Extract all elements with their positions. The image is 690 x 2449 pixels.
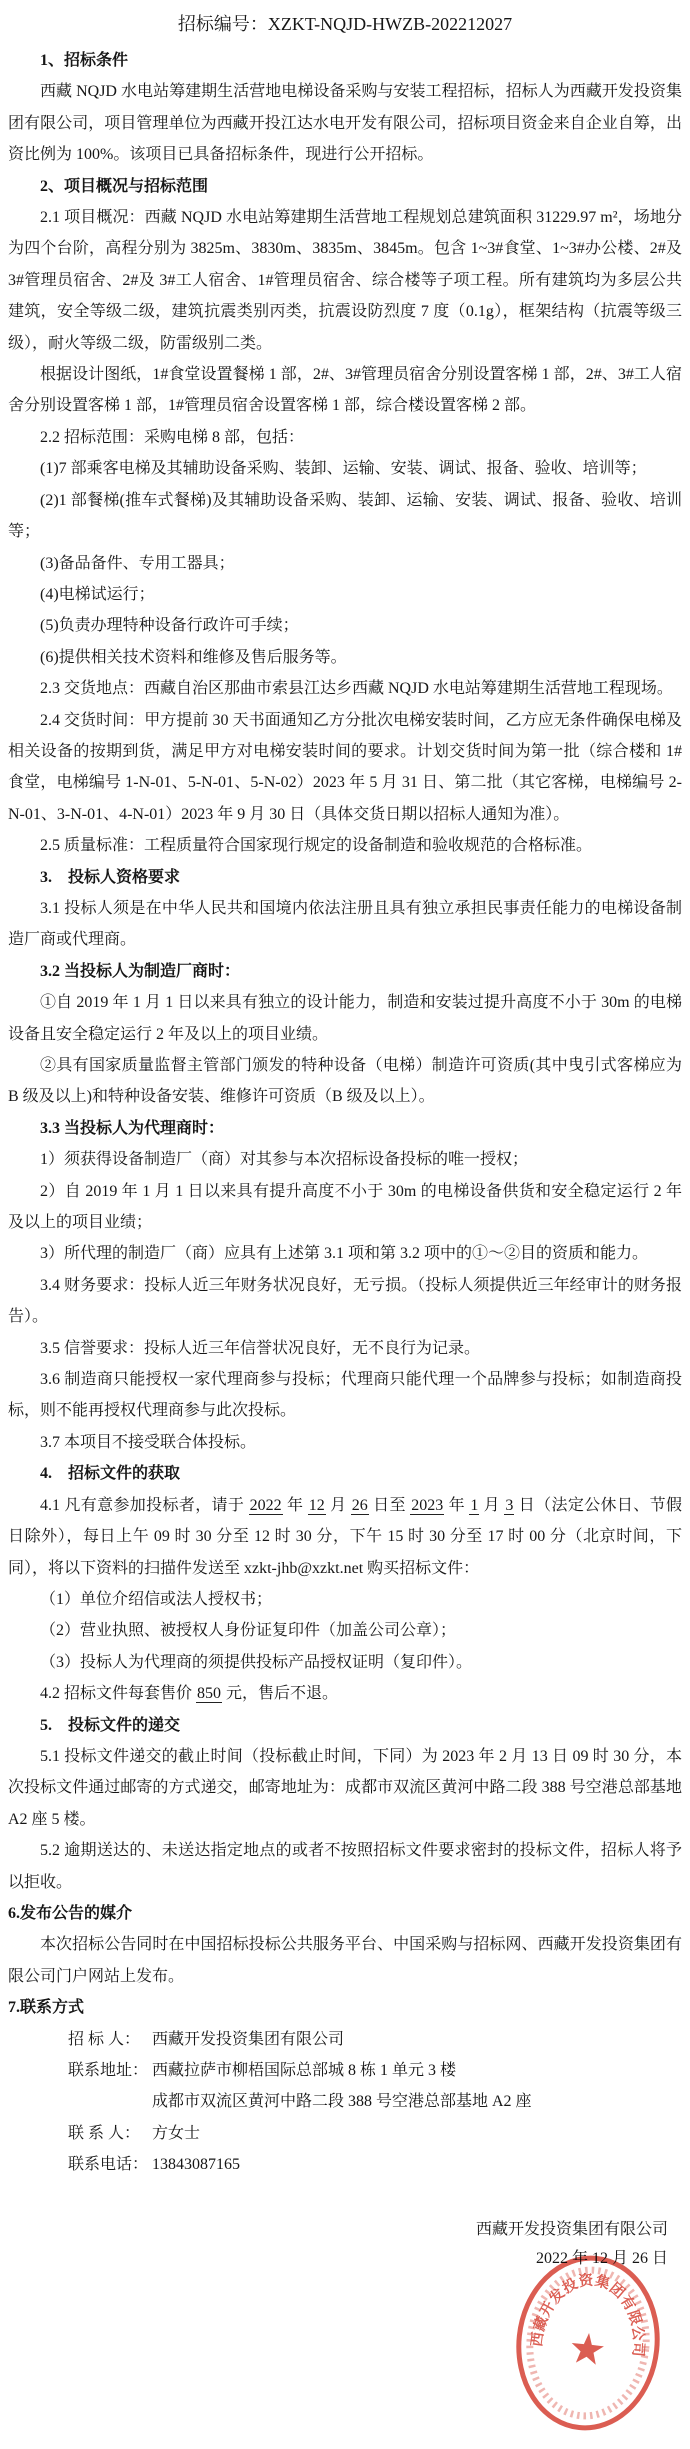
para-scope-item-3: (3)备品备件、专用工器具； [8, 548, 682, 579]
para-scope-item-6: (6)提供相关技术资料和维修及售后服务等。 [8, 642, 682, 673]
contact-address-1: 西藏拉萨市柳梧国际总部城 8 栋 1 单元 3 楼 [152, 2062, 456, 2079]
purchase-year-to: 2023 [410, 1497, 444, 1515]
para-announcement-media: 本次招标公告同时在中国招标投标公共服务平台、中国采购与招标网、西藏开发投资集团有… [8, 1929, 682, 1992]
para-elevator-layout: 根据设计图纸，1#食堂设置餐梯 1 部，2#、3#管理员宿舍分别设置客梯 1 部… [8, 359, 682, 422]
para-qualification-3-1: 3.1 投标人须是在中华人民共和国境内依法注册且具有独立承担民事责任能力的电梯设… [8, 893, 682, 956]
contact-person-row: 联 系 人：方女士 [8, 2118, 682, 2149]
para-tender-scope: 2.2 招标范围：采购电梯 8 部，包括： [8, 422, 682, 453]
seal-star-icon [570, 2331, 605, 2365]
seal-outer-ring [510, 2251, 665, 2434]
contact-address-row-2: 成都市双流区黄河中路二段 388 号空港总部基地 A2 座 [8, 2086, 682, 2117]
para-quality-standard: 2.5 质量标准：工程质量符合国家现行规定的设备制造和验收规范的合格标准。 [8, 830, 682, 861]
para-document-price: 4.2 招标文件每套售价 850 元，售后不退。 [8, 1678, 682, 1709]
para-agent-req-3: 3）所代理的制造厂（商）应具有上述第 3.1 项和第 3.2 项中的①～②目的资… [8, 1238, 682, 1269]
para-required-doc-3: （3）投标人为代理商的须提供投标产品授权证明（复印件）。 [8, 1647, 682, 1678]
para-scope-item-5: (5)负责办理特种设备行政许可手续； [8, 610, 682, 641]
para-authorization-rule: 3.6 制造商只能授权一家代理商参与投标；代理商只能代理一个品牌参与投标；如制造… [8, 1364, 682, 1427]
para-rejection-rule: 5.2 逾期送达的、未送达指定地点的或者不按照招标文件要求密封的投标文件，招标人… [8, 1835, 682, 1898]
seal-script-ring [523, 2264, 654, 2421]
para-scope-item-1: (1)7 部乘客电梯及其辅助设备采购、装卸、运输、安装、调试、报备、验收、培训等… [8, 453, 682, 484]
company-seal: 西藏开发投资集团有限公司 [503, 2245, 673, 2442]
para-delivery-time: 2.4 交货时间：甲方提前 30 天书面通知乙方分批次电梯安装时间，乙方应无条件… [8, 705, 682, 831]
para-required-doc-1: （1）单位介绍信或法人授权书； [8, 1584, 682, 1615]
purchase-year-from: 2022 [249, 1497, 283, 1515]
para-agent-req-2: 2）自 2019 年 1 月 1 日以来具有提升高度不小于 30m 的电梯设备供… [8, 1176, 682, 1239]
price-text-segment: 元，售后不退。 [222, 1685, 338, 1702]
para-project-overview: 2.1 项目概况：西藏 NQJD 水电站筹建期生活营地工程规划总建筑面积 312… [8, 202, 682, 359]
price-text-segment: 4.2 招标文件每套售价 [40, 1685, 196, 1702]
para-manufacturer-req-1: ①自 2019 年 1 月 1 日以来具有独立的设计能力，制造和安装过提升高度不… [8, 987, 682, 1050]
section-heading-6-media: 6.发布公告的媒介 [8, 1898, 682, 1929]
signature-block: 西藏开发投资集团有限公司 2022 年 12 月 26 日 [8, 2215, 682, 2273]
sub-heading-3-2-manufacturer: 3.2 当投标人为制造厂商时： [8, 956, 682, 987]
purchase-text-segment: 月 [326, 1497, 351, 1514]
purchase-text-segment: 年 [283, 1497, 308, 1514]
para-financial-req: 3.4 财务要求：投标人近三年财务状况良好，无亏损。（投标人须提供近三年经审计的… [8, 1270, 682, 1333]
tender-number-title: 招标编号：XZKT-NQJD-HWZB-202212027 [8, 6, 682, 42]
bidder-label: 招 标 人： [68, 2024, 152, 2055]
para-delivery-place: 2.3 交货地点：西藏自治区那曲市索县江达乡西藏 NQJD 水电站筹建期生活营地… [8, 673, 682, 704]
para-no-consortium: 3.7 本项目不接受联合体投标。 [8, 1427, 682, 1458]
person-label: 联 系 人： [68, 2118, 152, 2149]
para-scope-item-4: (4)电梯试运行； [8, 579, 682, 610]
section-heading-7-contact: 7.联系方式 [8, 1992, 682, 2023]
para-submission-deadline: 5.1 投标文件递交的截止时间（投标截止时间，下同）为 2023 年 2 月 1… [8, 1741, 682, 1835]
sub-heading-3-3-agent: 3.3 当投标人为代理商时： [8, 1113, 682, 1144]
contact-phone-row: 联系电话：13843087165 [8, 2149, 682, 2180]
section-heading-5-submission: 5. 投标文件的递交 [8, 1710, 682, 1741]
purchase-day-from: 26 [351, 1497, 369, 1515]
purchase-month-to: 1 [469, 1497, 479, 1515]
purchase-text-segment: 年 [444, 1497, 469, 1514]
para-required-doc-2: （2）营业执照、被授权人身份证复印件（加盖公司公章）； [8, 1615, 682, 1646]
seal-company-arc-text: 西藏开发投资集团有限公司 [528, 2265, 655, 2359]
purchase-text-segment: 月 [479, 1497, 504, 1514]
tender-announcement-page: 招标编号：XZKT-NQJD-HWZB-202212027 1、招标条件 西藏 … [0, 0, 690, 2273]
para-scope-item-2: (2)1 部餐梯(推车式餐梯)及其辅助设备采购、装卸、运输、安装、调试、报备、验… [8, 485, 682, 548]
bidder-name: 西藏开发投资集团有限公司 [152, 2031, 344, 2048]
purchase-month-from: 12 [308, 1497, 326, 1515]
contact-phone-number: 13843087165 [152, 2156, 240, 2173]
section-heading-2-overview: 2、项目概况与招标范围 [8, 171, 682, 202]
purchase-text-segment: 日至 [369, 1497, 410, 1514]
para-manufacturer-req-2: ②具有国家质量监督主管部门颁发的特种设备（电梯）制造许可资质(其中曳引式客梯应为… [8, 1050, 682, 1113]
section-heading-3-qualification: 3. 投标人资格要求 [8, 862, 682, 893]
section-heading-4-obtain-documents: 4. 招标文件的获取 [8, 1458, 682, 1489]
signature-date: 2022 年 12 月 26 日 [8, 2244, 668, 2273]
contact-address-row: 联系地址：西藏拉萨市柳梧国际总部城 8 栋 1 单元 3 楼 [8, 2055, 682, 2086]
para-document-purchase: 4.1 凡有意参加投标者，请于 2022 年 12 月 26 日至 2023 年… [8, 1490, 682, 1584]
contact-address-2: 成都市双流区黄河中路二段 388 号空港总部基地 A2 座 [152, 2093, 532, 2110]
para-agent-req-1: 1）须获得设备制造厂（商）对其参与本次招标设备投标的唯一授权； [8, 1144, 682, 1175]
para-tender-conditions: 西藏 NQJD 水电站筹建期生活营地电梯设备采购与安装工程招标，招标人为西藏开发… [8, 76, 682, 170]
contact-person-name: 方女士 [152, 2125, 200, 2142]
phone-label: 联系电话： [68, 2149, 152, 2180]
contact-bidder-row: 招 标 人：西藏开发投资集团有限公司 [8, 2024, 682, 2055]
purchase-day-to: 3 [504, 1497, 514, 1515]
para-reputation-req: 3.5 信誉要求：投标人近三年信誉状况良好，无不良行为记录。 [8, 1333, 682, 1364]
signature-company: 西藏开发投资集团有限公司 [8, 2215, 668, 2244]
purchase-text-segment: 4.1 凡有意参加投标者，请于 [40, 1497, 249, 1514]
document-price-value: 850 [196, 1685, 222, 1703]
section-heading-1-conditions: 1、招标条件 [8, 45, 682, 76]
address-label: 联系地址： [68, 2055, 152, 2086]
